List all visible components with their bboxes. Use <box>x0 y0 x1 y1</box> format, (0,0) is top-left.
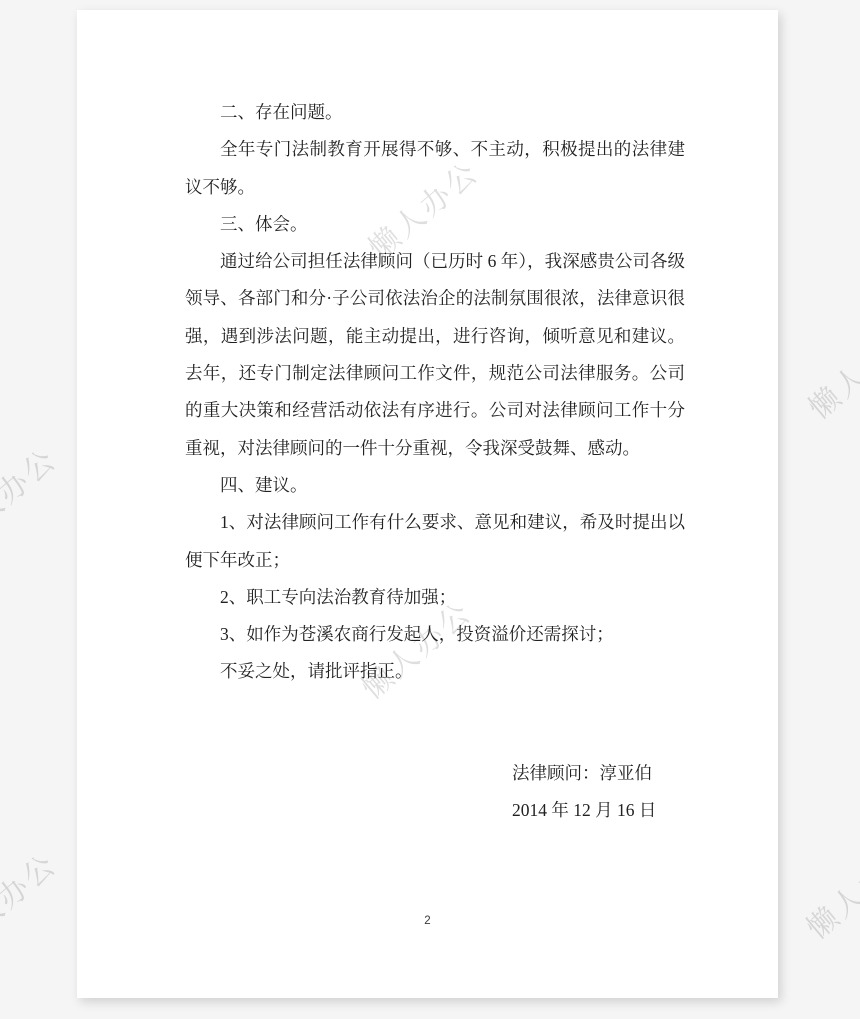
doc-paragraph-closing: 不妥之处，请批评指正。 <box>185 653 685 690</box>
doc-paragraph-problems: 全年专门法制教育开展得不够、不主动，积极提出的法律建议不够。 <box>185 131 685 206</box>
watermark-text: 懒人办公 <box>797 309 860 428</box>
section-heading-problems: 二、存在问题。 <box>185 94 685 131</box>
watermark-text: 懒人办公 <box>795 829 860 948</box>
document-viewer: { "document": { "paragraphs": [ "二、存在问题。… <box>0 0 860 1019</box>
doc-paragraph-insights: 通过给公司担任法律顾问（已历时 6 年），我深感贵公司各级领导、各部门和分·子公… <box>185 243 685 467</box>
watermark-text: 懒人办公 <box>0 436 65 555</box>
doc-paragraph-suggestion-1: 1、对法律顾问工作有什么要求、意见和建议，希及时提出以便下年改正； <box>185 504 685 579</box>
watermark-text: 懒人办公 <box>0 841 65 960</box>
signature-block: 法律顾问：淳亚伯 2014 年 12 月 16 日 <box>512 755 685 830</box>
signature-line: 法律顾问：淳亚伯 <box>512 755 685 792</box>
page-number: 2 <box>77 915 778 927</box>
doc-paragraph-suggestion-2: 2、职工专向法治教育待加强； <box>185 579 685 616</box>
date-line: 2014 年 12 月 16 日 <box>512 792 685 829</box>
section-heading-insights: 三、体会。 <box>185 206 685 243</box>
section-heading-suggestions: 四、建议。 <box>185 467 685 504</box>
doc-paragraph-suggestion-3: 3、如作为苍溪农商行发起人，投资溢价还需探讨； <box>185 616 685 653</box>
document-page: 二、存在问题。 全年专门法制教育开展得不够、不主动，积极提出的法律建议不够。 三… <box>77 10 778 998</box>
document-body: 二、存在问题。 全年专门法制教育开展得不够、不主动，积极提出的法律建议不够。 三… <box>185 94 685 829</box>
